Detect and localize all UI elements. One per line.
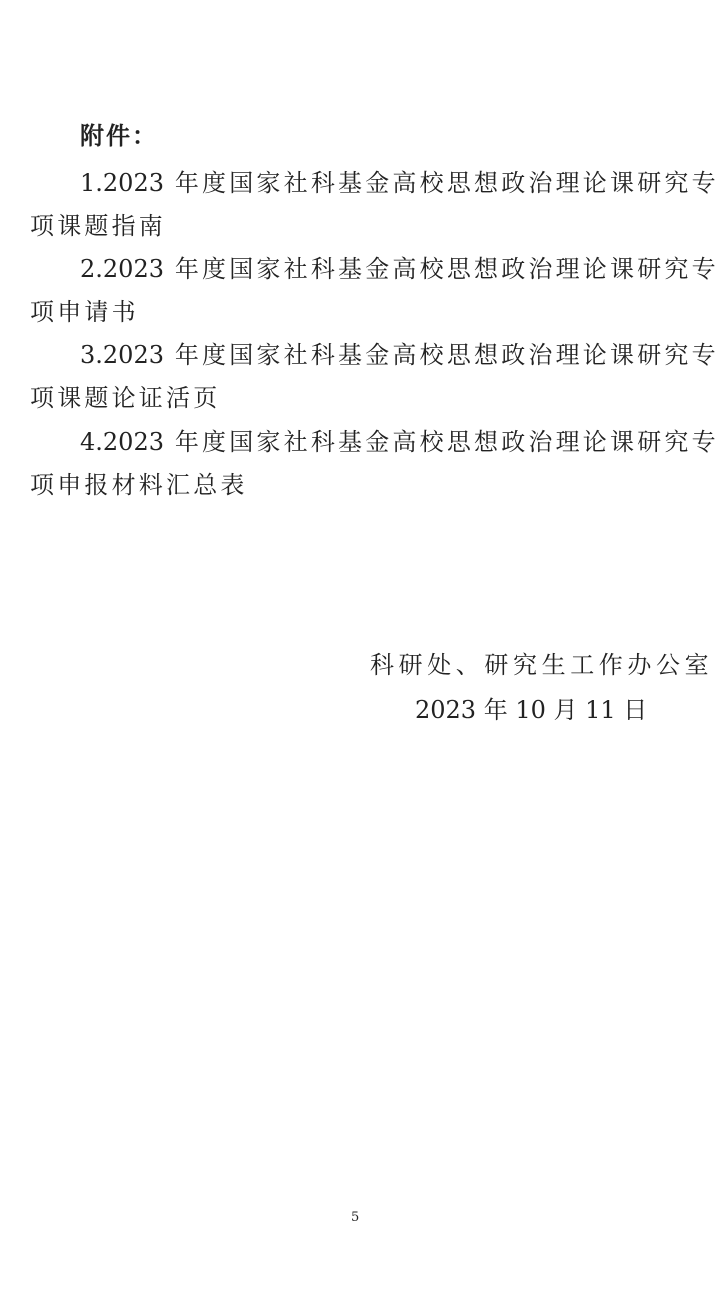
attachment-item-2-line1: 2.2023 年度国家社科基金高校思想政治理论课研究专 [80,254,719,284]
signature-date: 2023 年 10 月 11 日 [415,695,647,725]
attachment-item-2-line2: 项申请书 [30,297,139,327]
attachment-item-2-title: 年度国家社科基金高校思想政治理论课研究专 [164,255,719,283]
attachment-item-1-line1: 1.2023 年度国家社科基金高校思想政治理论课研究专 [80,168,719,198]
attachment-item-1-line2: 项课题指南 [30,211,166,241]
page-number: 5 [351,1210,359,1226]
attachment-item-4-line1: 4.2023 年度国家社科基金高校思想政治理论课研究专 [80,427,719,457]
attachment-item-4-number: 4.2023 [80,428,164,456]
attachment-item-4-title: 年度国家社科基金高校思想政治理论课研究专 [164,428,719,456]
attachment-item-3-number: 3.2023 [80,341,164,369]
attachment-item-2-number: 2.2023 [80,255,164,283]
attachment-item-3-line1: 3.2023 年度国家社科基金高校思想政治理论课研究专 [80,340,719,370]
attachments-heading: 附件： [80,121,158,151]
attachment-item-1-number: 1.2023 [80,169,164,197]
attachment-item-1-title: 年度国家社科基金高校思想政治理论课研究专 [164,169,719,197]
attachment-item-4-line2: 项申报材料汇总表 [30,470,248,500]
attachment-item-3-line2: 项课题论证活页 [30,383,220,413]
signature-office: 科研处、研究生工作办公室 [370,650,713,680]
attachment-item-3-title: 年度国家社科基金高校思想政治理论课研究专 [164,341,719,369]
